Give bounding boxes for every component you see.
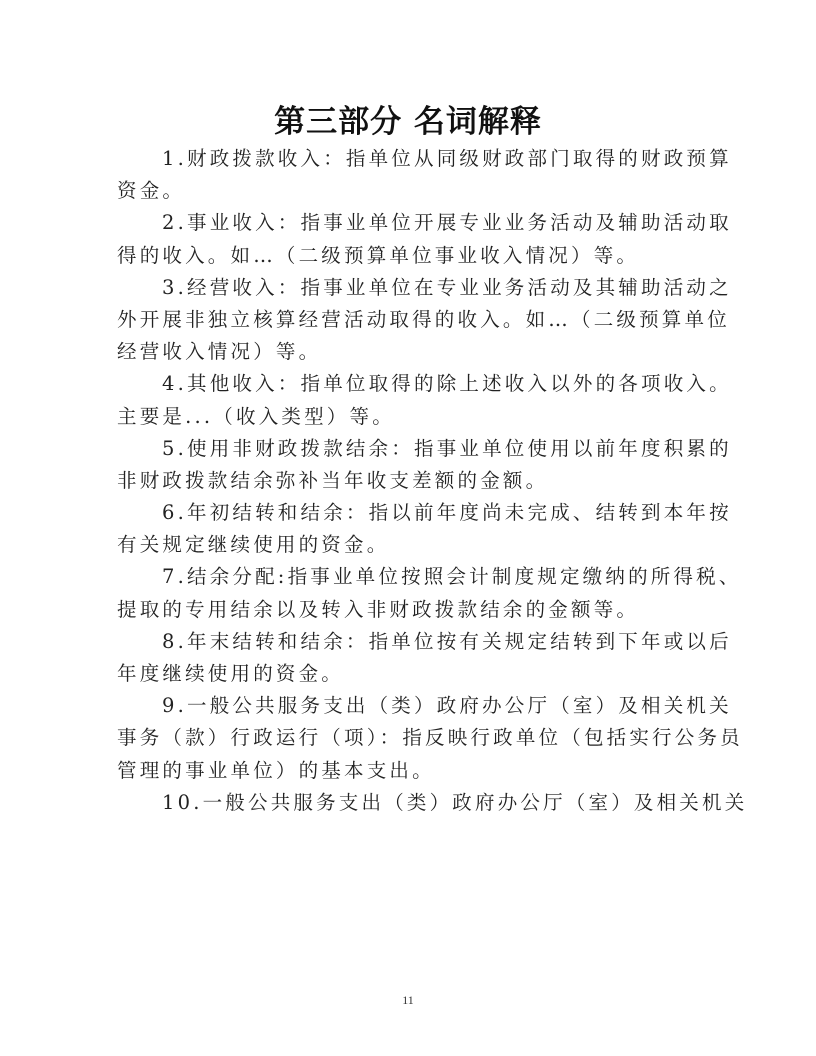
- definition-4-line-2: 主要是...（收入类型）等。: [117, 401, 707, 433]
- definitions-body: 1.财政拨款收入：指单位从同级财政部门取得的财政预算 资金。 2.事业收入：指事…: [117, 143, 707, 819]
- definition-2-line-2: 得的收入。如…（二级预算单位事业收入情况）等。: [117, 240, 707, 272]
- definition-6-line-1: 6.年初结转和结余：指以前年度尚未完成、结转到本年按: [117, 497, 707, 529]
- definition-8-line-1: 8.年末结转和结余：指单位按有关规定结转到下年或以后: [117, 626, 707, 658]
- definition-5-line-1: 5.使用非财政拨款结余：指事业单位使用以前年度积累的: [117, 433, 707, 465]
- definition-7-line-2: 提取的专用结余以及转入非财政拨款结余的金额等。: [117, 594, 707, 626]
- definition-8-line-2: 年度继续使用的资金。: [117, 658, 707, 690]
- page-number: 11: [0, 993, 816, 1008]
- definition-1-line-2: 资金。: [117, 175, 707, 207]
- definition-6-line-2: 有关规定继续使用的资金。: [117, 529, 707, 561]
- document-page: 第三部分 名词解释 1.财政拨款收入：指单位从同级财政部门取得的财政预算 资金。…: [0, 0, 816, 1056]
- definition-3-line-1: 3.经营收入：指事业单位在专业业务活动及其辅助活动之: [117, 272, 707, 304]
- section-title: 第三部分 名词解释: [0, 96, 816, 141]
- definition-2-line-1: 2.事业收入：指事业单位开展专业业务活动及辅助活动取: [117, 207, 707, 239]
- definition-9-line-3: 管理的事业单位）的基本支出。: [117, 755, 707, 787]
- definition-3-line-3: 经营收入情况）等。: [117, 336, 707, 368]
- definition-1-line-1: 1.财政拨款收入：指单位从同级财政部门取得的财政预算: [117, 143, 707, 175]
- definition-5-line-2: 非财政拨款结余弥补当年收支差额的金额。: [117, 465, 707, 497]
- definition-9-line-2: 事务（款）行政运行（项）：指反映行政单位（包括实行公务员: [117, 722, 707, 754]
- definition-10-line-1: 10.一般公共服务支出（类）政府办公厅（室）及相关机关: [117, 787, 707, 819]
- definition-9-line-1: 9.一般公共服务支出（类）政府办公厅（室）及相关机关: [117, 690, 707, 722]
- definition-4-line-1: 4.其他收入：指单位取得的除上述收入以外的各项收入。: [117, 368, 707, 400]
- definition-3-line-2: 外开展非独立核算经营活动取得的收入。如…（二级预算单位: [117, 304, 707, 336]
- definition-7-line-1: 7.结余分配:指事业单位按照会计制度规定缴纳的所得税、: [117, 561, 707, 593]
